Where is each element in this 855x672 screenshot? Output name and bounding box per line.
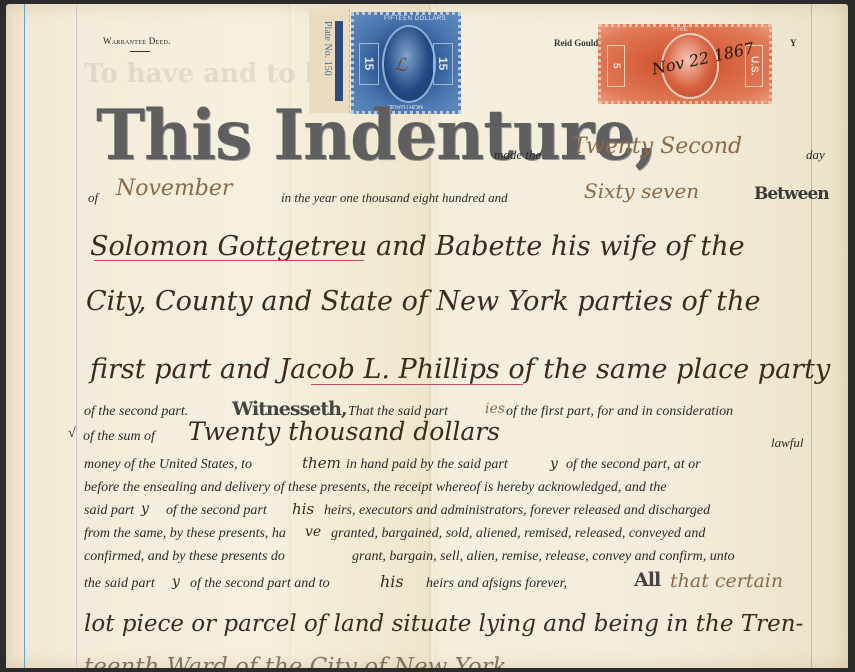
right-margin-rule — [811, 4, 812, 668]
handwritten-grantors: Solomon Gottgetreu and Babette his wife … — [90, 231, 745, 262]
handwritten-day: Twenty Second — [572, 134, 742, 159]
stamp-value-left: 15 — [359, 43, 379, 85]
printed-text: in hand paid by the said part — [346, 457, 508, 473]
printed-text: of — [88, 190, 98, 206]
handwritten-month: November — [116, 176, 232, 201]
check-mark: √ — [68, 426, 76, 442]
stamp-value-right: 15 — [433, 43, 453, 85]
printed-text: heirs and afsigns forever, — [426, 576, 567, 592]
handwritten-fill: his — [292, 500, 314, 518]
printed-text: of the second part, at or — [566, 457, 701, 473]
printed-text: of the second part and to — [190, 576, 330, 592]
printed-text: of the sum of — [83, 429, 155, 445]
gothic-word: All — [634, 569, 660, 591]
printed-text: made the — [494, 147, 541, 163]
printed-text: the said part — [84, 576, 155, 592]
printed-text: of the first part, for and in considerat… — [506, 404, 733, 420]
inner-margin-rule — [76, 4, 77, 668]
conveyance-revenue-stamp: FIVE 5 U.S. Nov 22 1867 — [598, 24, 772, 104]
printed-text: before the ensealing and delivery of the… — [84, 480, 667, 496]
handwritten-amount: Twenty thousand dollars — [188, 417, 500, 446]
name-underline — [94, 260, 364, 261]
handwritten-description: teenth Ward of the City of New York ... — [84, 654, 536, 672]
handwritten-fill: ve — [305, 524, 321, 540]
divider — [130, 51, 150, 52]
handwritten-fill: y — [141, 501, 149, 517]
printed-text: of the second part. — [84, 404, 188, 420]
handwritten-fill: y — [172, 574, 180, 590]
handwritten-grantee: first part and Jacob L. Phillips of the … — [90, 354, 830, 385]
deed-paper: Warrantee Deed. To have and to hold Reid… — [6, 4, 848, 668]
stamp-denomination: FIVE — [673, 27, 688, 33]
printed-text: from the same, by these presents, ha — [84, 526, 286, 542]
printed-text: heirs, executors and administrators, for… — [324, 503, 710, 519]
handwritten-fill: y — [550, 456, 558, 472]
name-underline — [311, 384, 523, 385]
portrait-icon — [382, 25, 436, 103]
plate-number: Plate No. 150 — [322, 21, 333, 76]
handwritten-fill: ies — [485, 401, 505, 417]
cancellation-mark: ℒ — [394, 55, 407, 76]
printer-imprint: Reid Gould — [554, 38, 598, 48]
printed-text: confirmed, and by these presents do — [84, 549, 285, 565]
handwritten-locality: City, County and State of New York parti… — [86, 286, 761, 317]
printed-text: in the year one thousand eight hundred a… — [281, 190, 508, 206]
printed-text: said part — [84, 503, 134, 519]
handwritten-fill: that certain — [670, 570, 783, 592]
handwritten-fill: his — [380, 572, 404, 591]
tab-bar — [335, 21, 343, 101]
printed-text: granted, bargained, sold, aliened, remis… — [331, 526, 705, 542]
printed-text: money of the United States, to — [84, 457, 252, 473]
printer-imprint-end: Y — [790, 38, 797, 48]
handwritten-fill: them — [302, 454, 341, 472]
gothic-word: Between — [754, 184, 829, 204]
printed-text: of the second part — [166, 503, 267, 519]
printed-text: grant, bargain, sell, alien, remise, rel… — [352, 549, 735, 565]
stamp-denomination: FIFTEEN DOLLARS — [384, 16, 446, 22]
handwritten-description: lot piece or parcel of land situate lyin… — [84, 611, 803, 637]
deed-type-label: Warrantee Deed. — [103, 36, 171, 46]
printed-text: day — [806, 147, 825, 163]
stamp-value-left: 5 — [607, 45, 625, 87]
left-margin-rule — [24, 4, 25, 668]
handwritten-year: Sixty seven — [584, 179, 699, 203]
printed-text: lawful — [771, 435, 804, 451]
